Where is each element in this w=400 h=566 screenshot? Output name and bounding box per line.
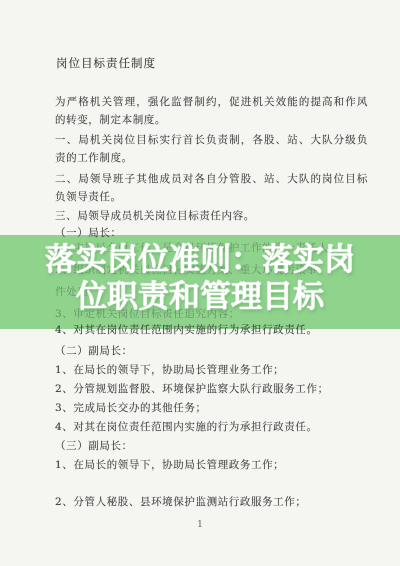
doc-line: 1、在局长的领导下，协助局长管理政务工作；: [55, 457, 284, 472]
doc-line: （一）局长：: [55, 225, 122, 240]
doc-line: 二、局领导班子其他成员对各自分管股、站、大队的岗位目标: [55, 171, 368, 186]
doc-line: 为严格机关管理，强化监督制约，促进机关效能的提高和作风: [55, 94, 368, 109]
doc-line: （二）副局长：: [55, 343, 133, 358]
doc-line: （三）副局长：: [55, 438, 133, 453]
overlay-headline-line1: 落实岗位准则：落实岗: [0, 242, 400, 279]
doc-line: 4、对其在岗位责任范围内实施的行为承担行政责任。: [55, 322, 318, 337]
overlay-headline-line2: 位职责和管理目标: [0, 279, 400, 316]
doc-line: 1、在局长的领导下，协助局长管理业务工作；: [55, 362, 284, 377]
doc-line: 负领导责任。: [55, 189, 122, 204]
document-title: 岗位目标责任制度: [56, 55, 156, 71]
doc-line: 一、局机关岗位目标实行首长负责制，各股、站、大队分级负: [55, 132, 368, 147]
doc-line: 责的工作制度。: [55, 150, 133, 165]
doc-line: 的转变，制定本制度。: [55, 112, 166, 127]
overlay-headline: 落实岗位准则：落实岗 位职责和管理目标: [0, 242, 400, 316]
doc-line: 4、对其在岗位责任范围内实施的行为承担行政责任。: [55, 419, 318, 434]
doc-line: 3、完成局长交办的其他任务；: [55, 400, 207, 415]
doc-line: 2、分管人秘股、县环境保护监测站行政服务工作；: [55, 494, 306, 509]
document-page: 岗位目标责任制度 为严格机关管理，强化监督制约，促进机关效能的提高和作风 的转变…: [0, 0, 400, 566]
page-number: 1: [0, 520, 400, 530]
doc-line: 三、局领导成员机关岗位目标责任内容。: [55, 208, 255, 223]
doc-line: 2、分管规划监督股、环境保护监察大队行政服务工作；: [55, 381, 329, 396]
